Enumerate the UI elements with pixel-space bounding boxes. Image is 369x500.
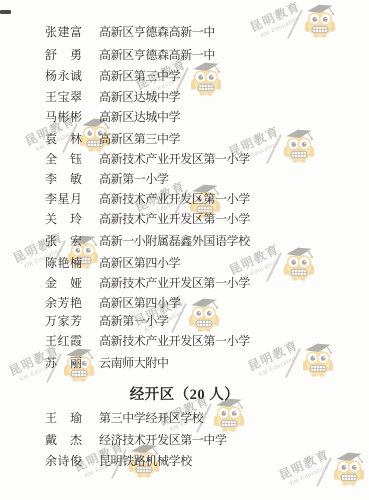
school-name: 昆明铁路机械学校 [99,454,192,469]
school-name: 高新区达城中学 [99,110,180,125]
school-name: 高新区达城中学 [99,90,180,105]
school-name: 高新第一小学 [99,172,169,187]
school-name: 高新技术产业开发区第一小学 [99,334,250,349]
list-row: 金娅高新技术产业开发区第一小学 [0,276,369,291]
person-name: 戴杰 [45,433,82,448]
person-name: 舒勇 [45,48,82,63]
person-name: 王瑜 [45,411,82,426]
person-name: 袁林 [45,132,82,147]
person-name: 王红霞 [45,334,82,349]
list-row: 陈艳楠高新区第四小学 [0,256,369,271]
school-name: 第三中学经开区学校 [99,411,203,426]
school-name: 高新区亨德森高新一中 [99,25,215,40]
person-name: 金娅 [45,276,82,291]
person-name: 陈艳楠 [45,256,82,271]
list-row: 王红霞高新技术产业开发区第一小学 [0,334,369,349]
edge-artifact [0,10,11,14]
school-name: 高新区第四小学 [99,256,180,271]
school-name: 高新区第三中学 [99,69,180,84]
school-name: 高新第一小学 [99,314,169,329]
person-name: 王宝翠 [45,90,82,105]
person-name: 苏丽 [45,356,82,371]
list-row: 舒勇高新区亨德森高新一中 [0,48,369,63]
school-name: 高新区亨德森高新一中 [99,48,215,63]
school-name: 高新区第三中学 [99,132,180,147]
list-row: 余芳艳高新区第四小学 [0,296,369,311]
list-row: 余诗俊昆明铁路机械学校 [0,454,369,469]
person-name: 杨永诚 [45,69,82,84]
school-name: 高新区第四小学 [99,296,180,311]
person-name: 张建富 [45,25,82,40]
person-name: 余芳艳 [45,296,82,311]
person-name: 张宏 [45,234,82,249]
person-name: 关玲 [45,212,82,227]
school-name: 云南师大附中 [99,356,169,371]
list-row: 苏丽云南师大附中 [0,356,369,371]
list-row: 李星月高新技术产业开发区第一小学 [0,192,369,207]
list-row: 张建富高新区亨德森高新一中 [0,25,369,40]
school-name: 高新一小附属磊鑫外国语学校 [99,234,250,249]
document-page: 昆明教育 KM Education 昆明教育 KM Education [0,0,369,500]
list-row: 万家芳高新第一小学 [0,314,369,329]
list-row: 关玲高新技术产业开发区第一小学 [0,212,369,227]
list-row: 全钰高新技术产业开发区第一小学 [0,152,369,167]
list-row: 马彬彬高新区达城中学 [0,110,369,125]
list-row: 袁林高新区第三中学 [0,132,369,147]
list-row: 王瑜第三中学经开区学校 [0,411,369,426]
list-row: 王宝翠高新区达城中学 [0,90,369,105]
list-row: 戴杰经济技术开发区第一中学 [0,433,369,448]
person-name: 李星月 [45,192,82,207]
list-row: 张宏高新一小附属磊鑫外国语学校 [0,234,369,249]
list-row: 李敏高新第一小学 [0,172,369,187]
person-name: 全钰 [45,152,82,167]
school-name: 高新技术产业开发区第一小学 [99,276,250,291]
person-name: 李敏 [45,172,82,187]
person-name: 马彬彬 [45,110,82,125]
person-name: 余诗俊 [45,454,82,469]
person-name: 万家芳 [45,314,82,329]
list-row: 杨永诚高新区第三中学 [0,69,369,84]
school-name: 高新技术产业开发区第一小学 [99,152,250,167]
section-heading-jingkai: 经开区（20 人） [0,383,369,404]
school-name: 高新技术产业开发区第一小学 [99,212,250,227]
school-name: 经济技术开发区第一中学 [99,433,227,448]
school-name: 高新技术产业开发区第一小学 [99,192,250,207]
